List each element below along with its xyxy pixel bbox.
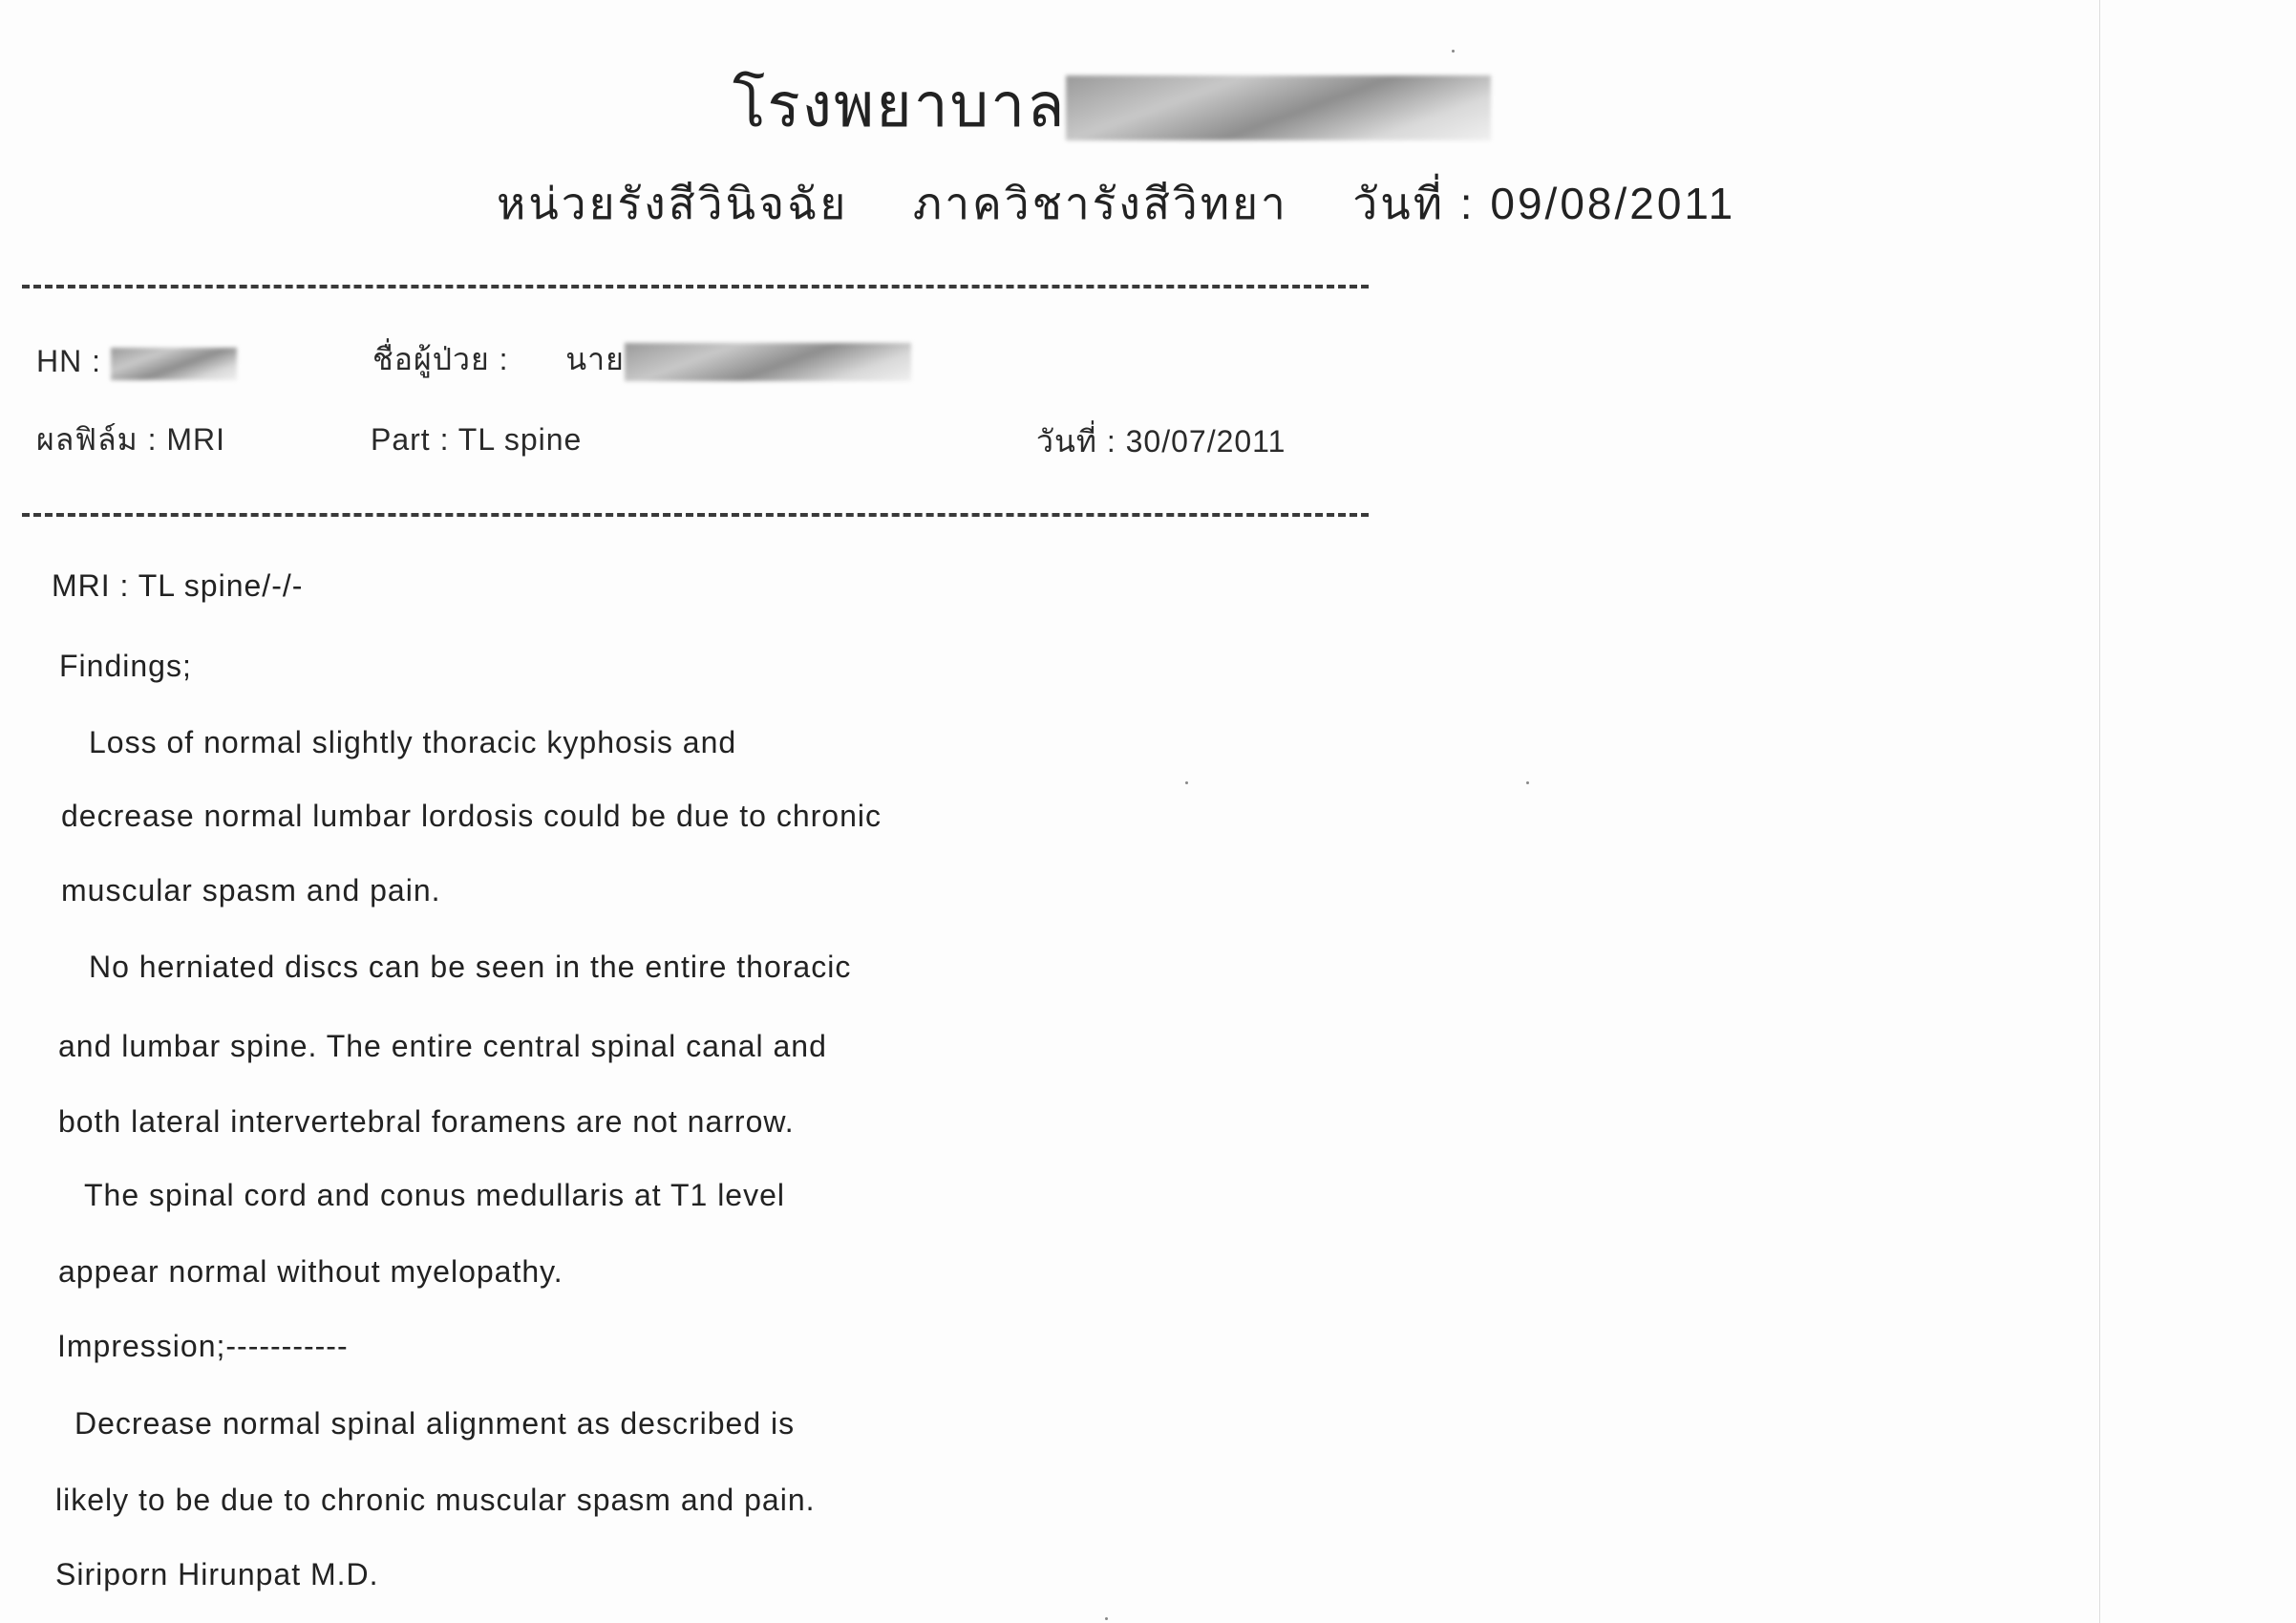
radiologist-signature: Siriporn Hirunpat M.D. — [55, 1553, 379, 1595]
findings-line: Loss of normal slightly thoracic kyphosi… — [89, 721, 736, 763]
exam-date: 30/07/2011 — [1126, 424, 1286, 459]
film-label: ผลฟิล์ม : — [36, 422, 158, 457]
part-value: TL spine — [458, 422, 583, 457]
findings-line: decrease normal lumbar lordosis could be… — [61, 795, 882, 837]
report-date-label: วันที่ : — [1352, 179, 1475, 228]
hospital-name-redaction — [1066, 75, 1491, 140]
findings-line: appear normal without myelopathy. — [58, 1250, 563, 1292]
division-name: ภาควิชารังสีวิทยา — [913, 179, 1288, 228]
scan-speck — [1452, 50, 1455, 53]
findings-line: and lumbar spine. The entire central spi… — [58, 1025, 827, 1067]
hn-redaction — [111, 348, 237, 380]
hn-label: HN : — [36, 344, 101, 378]
scan-speck — [1185, 781, 1188, 784]
hn-field: HN : — [36, 340, 237, 382]
impression-line: likely to be due to chronic muscular spa… — [55, 1479, 816, 1521]
findings-line: No herniated discs can be seen in the en… — [89, 946, 851, 988]
exam-date-label: วันที่ : — [1036, 424, 1116, 459]
part-label: Part : — [371, 422, 449, 457]
report-date: 09/08/2011 — [1490, 179, 1735, 228]
part-field: Part : TL spine — [371, 418, 582, 460]
department-subtitle: หน่วยรังสีวินิจฉัย ภาควิชารังสีวิทยา วัน… — [497, 172, 1735, 235]
scan-speck — [1105, 1617, 1108, 1620]
patient-name-label: ชื่อผู้ป่วย : — [372, 342, 509, 376]
findings-line: both lateral intervertebral foramens are… — [58, 1100, 795, 1143]
divider-bottom — [22, 513, 1369, 517]
hospital-title: โรงพยาบาล — [733, 67, 1491, 143]
hospital-prefix: โรงพยาบาล — [733, 71, 1066, 139]
exam-date-field: วันที่ : 30/07/2011 — [1036, 420, 1286, 462]
scan-speck — [1526, 781, 1529, 784]
impression-heading: Impression;----------- — [57, 1325, 349, 1367]
exam-title: MRI : TL spine/-/- — [52, 565, 303, 607]
divider-top — [22, 285, 1369, 288]
film-value: MRI — [166, 422, 225, 457]
findings-heading: Findings; — [59, 645, 192, 687]
patient-name-field: ชื่อผู้ป่วย : นาย — [372, 338, 911, 381]
patient-name-prefix: นาย — [565, 342, 625, 376]
findings-line: The spinal cord and conus medullaris at … — [84, 1174, 785, 1216]
scan-edge — [2099, 0, 2100, 1623]
impression-line: Decrease normal spinal alignment as desc… — [74, 1402, 795, 1444]
patient-name-redaction — [625, 343, 911, 381]
department-name: หน่วยรังสีวินิจฉัย — [497, 179, 848, 228]
findings-line: muscular spasm and pain. — [61, 869, 441, 911]
film-field: ผลฟิล์ม : MRI — [36, 418, 225, 460]
